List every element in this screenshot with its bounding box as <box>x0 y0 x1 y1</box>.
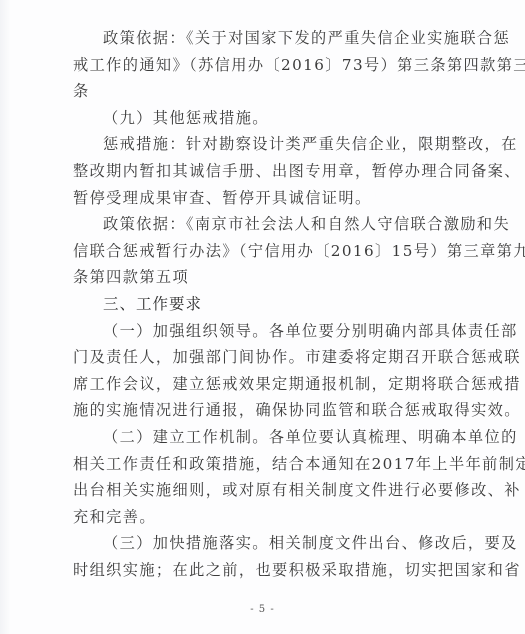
scan-edge <box>0 0 10 634</box>
paragraph-line: 政策依据：《关于对国家下发的严重失信企业实施联合惩 <box>73 25 455 52</box>
paragraph-line: 条 <box>73 78 455 105</box>
paragraph-line: 门及责任人，加强部门间协作。市建委将定期召开联合惩戒联 <box>73 344 455 371</box>
paragraph-line: 条第四款第五项 <box>73 264 455 291</box>
paragraph-line: 出台相关实施细则，或对原有相关制度文件进行必要修改、补 <box>73 477 455 504</box>
paragraph-line: （三）加快措施落实。相关制度文件出台、修改后，要及 <box>73 530 455 557</box>
document-body: 政策依据：《关于对国家下发的严重失信企业实施联合惩 戒工作的通知》（苏信用办〔2… <box>73 25 455 583</box>
document-page: 政策依据：《关于对国家下发的严重失信企业实施联合惩 戒工作的通知》（苏信用办〔2… <box>0 0 525 634</box>
paragraph-line: 充和完善。 <box>73 504 455 531</box>
paragraph-line: 整改期内暂扣其诚信手册、出图专用章，暂停办理合同备案、 <box>73 158 455 185</box>
page-number: - 5 - <box>0 604 525 615</box>
paragraph-line: 戒工作的通知》（苏信用办〔2016〕73号）第三条第四款第三 <box>73 52 455 79</box>
section-heading: 三、工作要求 <box>73 291 455 318</box>
paragraph-line: 席工作会议，建立惩戒效果定期通报机制，定期将联合惩戒措 <box>73 371 455 398</box>
paragraph-line: 信联合惩戒暂行办法》（宁信用办〔2016〕15号）第三章第九 <box>73 238 455 265</box>
paragraph-line: 政策依据：《南京市社会法人和自然人守信联合激励和失 <box>73 211 455 238</box>
paragraph-line: （一）加强组织领导。各单位要分别明确内部具体责任部 <box>73 318 455 345</box>
paragraph-line: 时组织实施；在此之前，也要积极采取措施，切实把国家和省 <box>73 557 455 584</box>
subsection-title: （九）其他惩戒措施。 <box>73 105 455 132</box>
paragraph-line: （二）建立工作机制。各单位要认真梳理、明确本单位的 <box>73 424 455 451</box>
paragraph-line: 相关工作责任和政策措施，结合本通知在2017年上半年前制定 <box>73 451 455 478</box>
paragraph-line: 暂停受理成果审查、暂停开具诚信证明。 <box>73 185 455 212</box>
paragraph-line: 施的实施情况进行通报，确保协同监管和联合惩戒取得实效。 <box>73 397 455 424</box>
paragraph-line: 惩戒措施：针对勘察设计类严重失信企业，限期整改，在 <box>73 131 455 158</box>
